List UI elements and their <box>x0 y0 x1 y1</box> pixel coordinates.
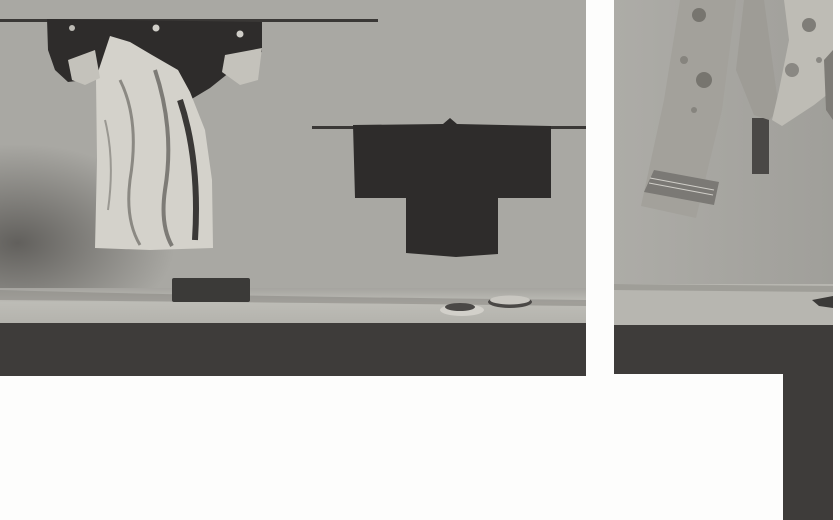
kimono-display-scene <box>0 0 586 376</box>
plinth-base <box>0 323 586 376</box>
dark-box <box>172 278 250 302</box>
plinth-leg <box>783 374 833 520</box>
sash-display-scene <box>614 0 833 374</box>
photo-kimono-display-left <box>0 0 586 376</box>
dark-tie-strip <box>752 118 769 174</box>
photo-sash-display-right <box>614 0 833 374</box>
plinth-base <box>614 325 833 374</box>
